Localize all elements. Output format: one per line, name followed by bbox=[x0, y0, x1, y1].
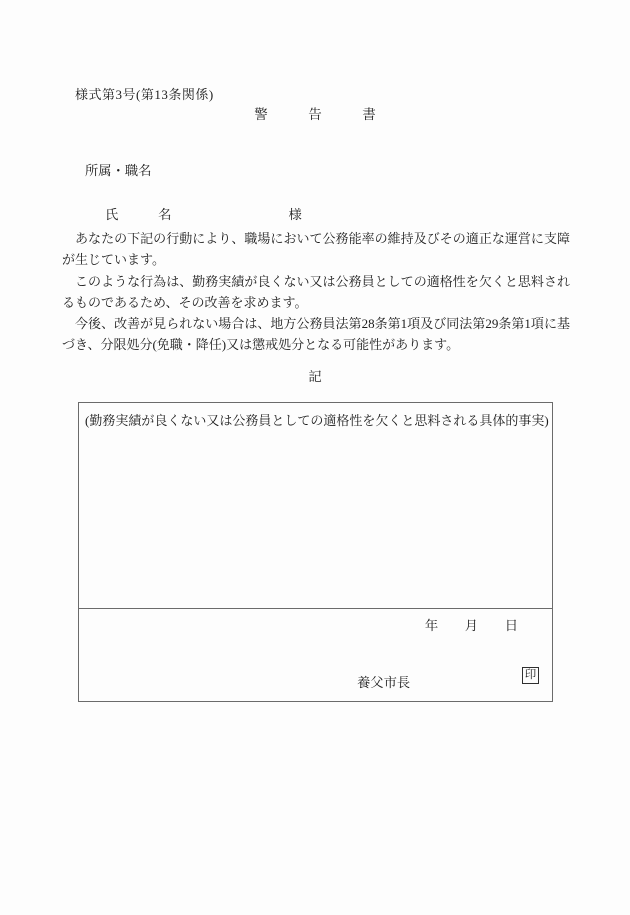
note-heading: 記 bbox=[0, 366, 630, 385]
seal-placeholder-box: 印 bbox=[522, 667, 539, 684]
body-text: あなたの下記の行動により、職場において公務能率の維持及びその適正な運営に支障が生… bbox=[62, 228, 570, 356]
recipient-affiliation-label: 所属・職名 bbox=[85, 160, 302, 182]
document-title: 警 告 書 bbox=[0, 103, 630, 123]
body-paragraph-2: このような行為は、勤務実績が良くない又は公務員としての適格性を欠くと思料されるも… bbox=[62, 271, 570, 314]
body-paragraph-3: 今後、改善が見られない場合は、地方公務員法第28条第1項及び同法第29条第1項に… bbox=[62, 313, 570, 356]
details-box: (勤務実績が良くない又は公務員としての適格性を欠くと思料される具体的事実) 年 … bbox=[78, 402, 553, 702]
date-line: 年 月 日 bbox=[425, 615, 518, 634]
seal-mark: 印 bbox=[525, 670, 537, 682]
recipient-honorific: 様 bbox=[288, 207, 301, 222]
details-box-divider bbox=[78, 608, 553, 609]
signer-title: 養父市長 bbox=[357, 672, 410, 691]
body-paragraph-1: あなたの下記の行動により、職場において公務能率の維持及びその適正な運営に支障が生… bbox=[62, 228, 570, 271]
form-number: 様式第3号(第13条関係) bbox=[75, 84, 214, 103]
details-box-caption: (勤務実績が良くない又は公務員としての適格性を欠くと思料される具体的事実) bbox=[85, 410, 549, 429]
warning-letter-document: 様式第3号(第13条関係) 警 告 書 所属・職名 氏 名様 あなたの下記の行動… bbox=[0, 0, 630, 915]
recipient-name-label: 氏 名 bbox=[105, 207, 171, 222]
